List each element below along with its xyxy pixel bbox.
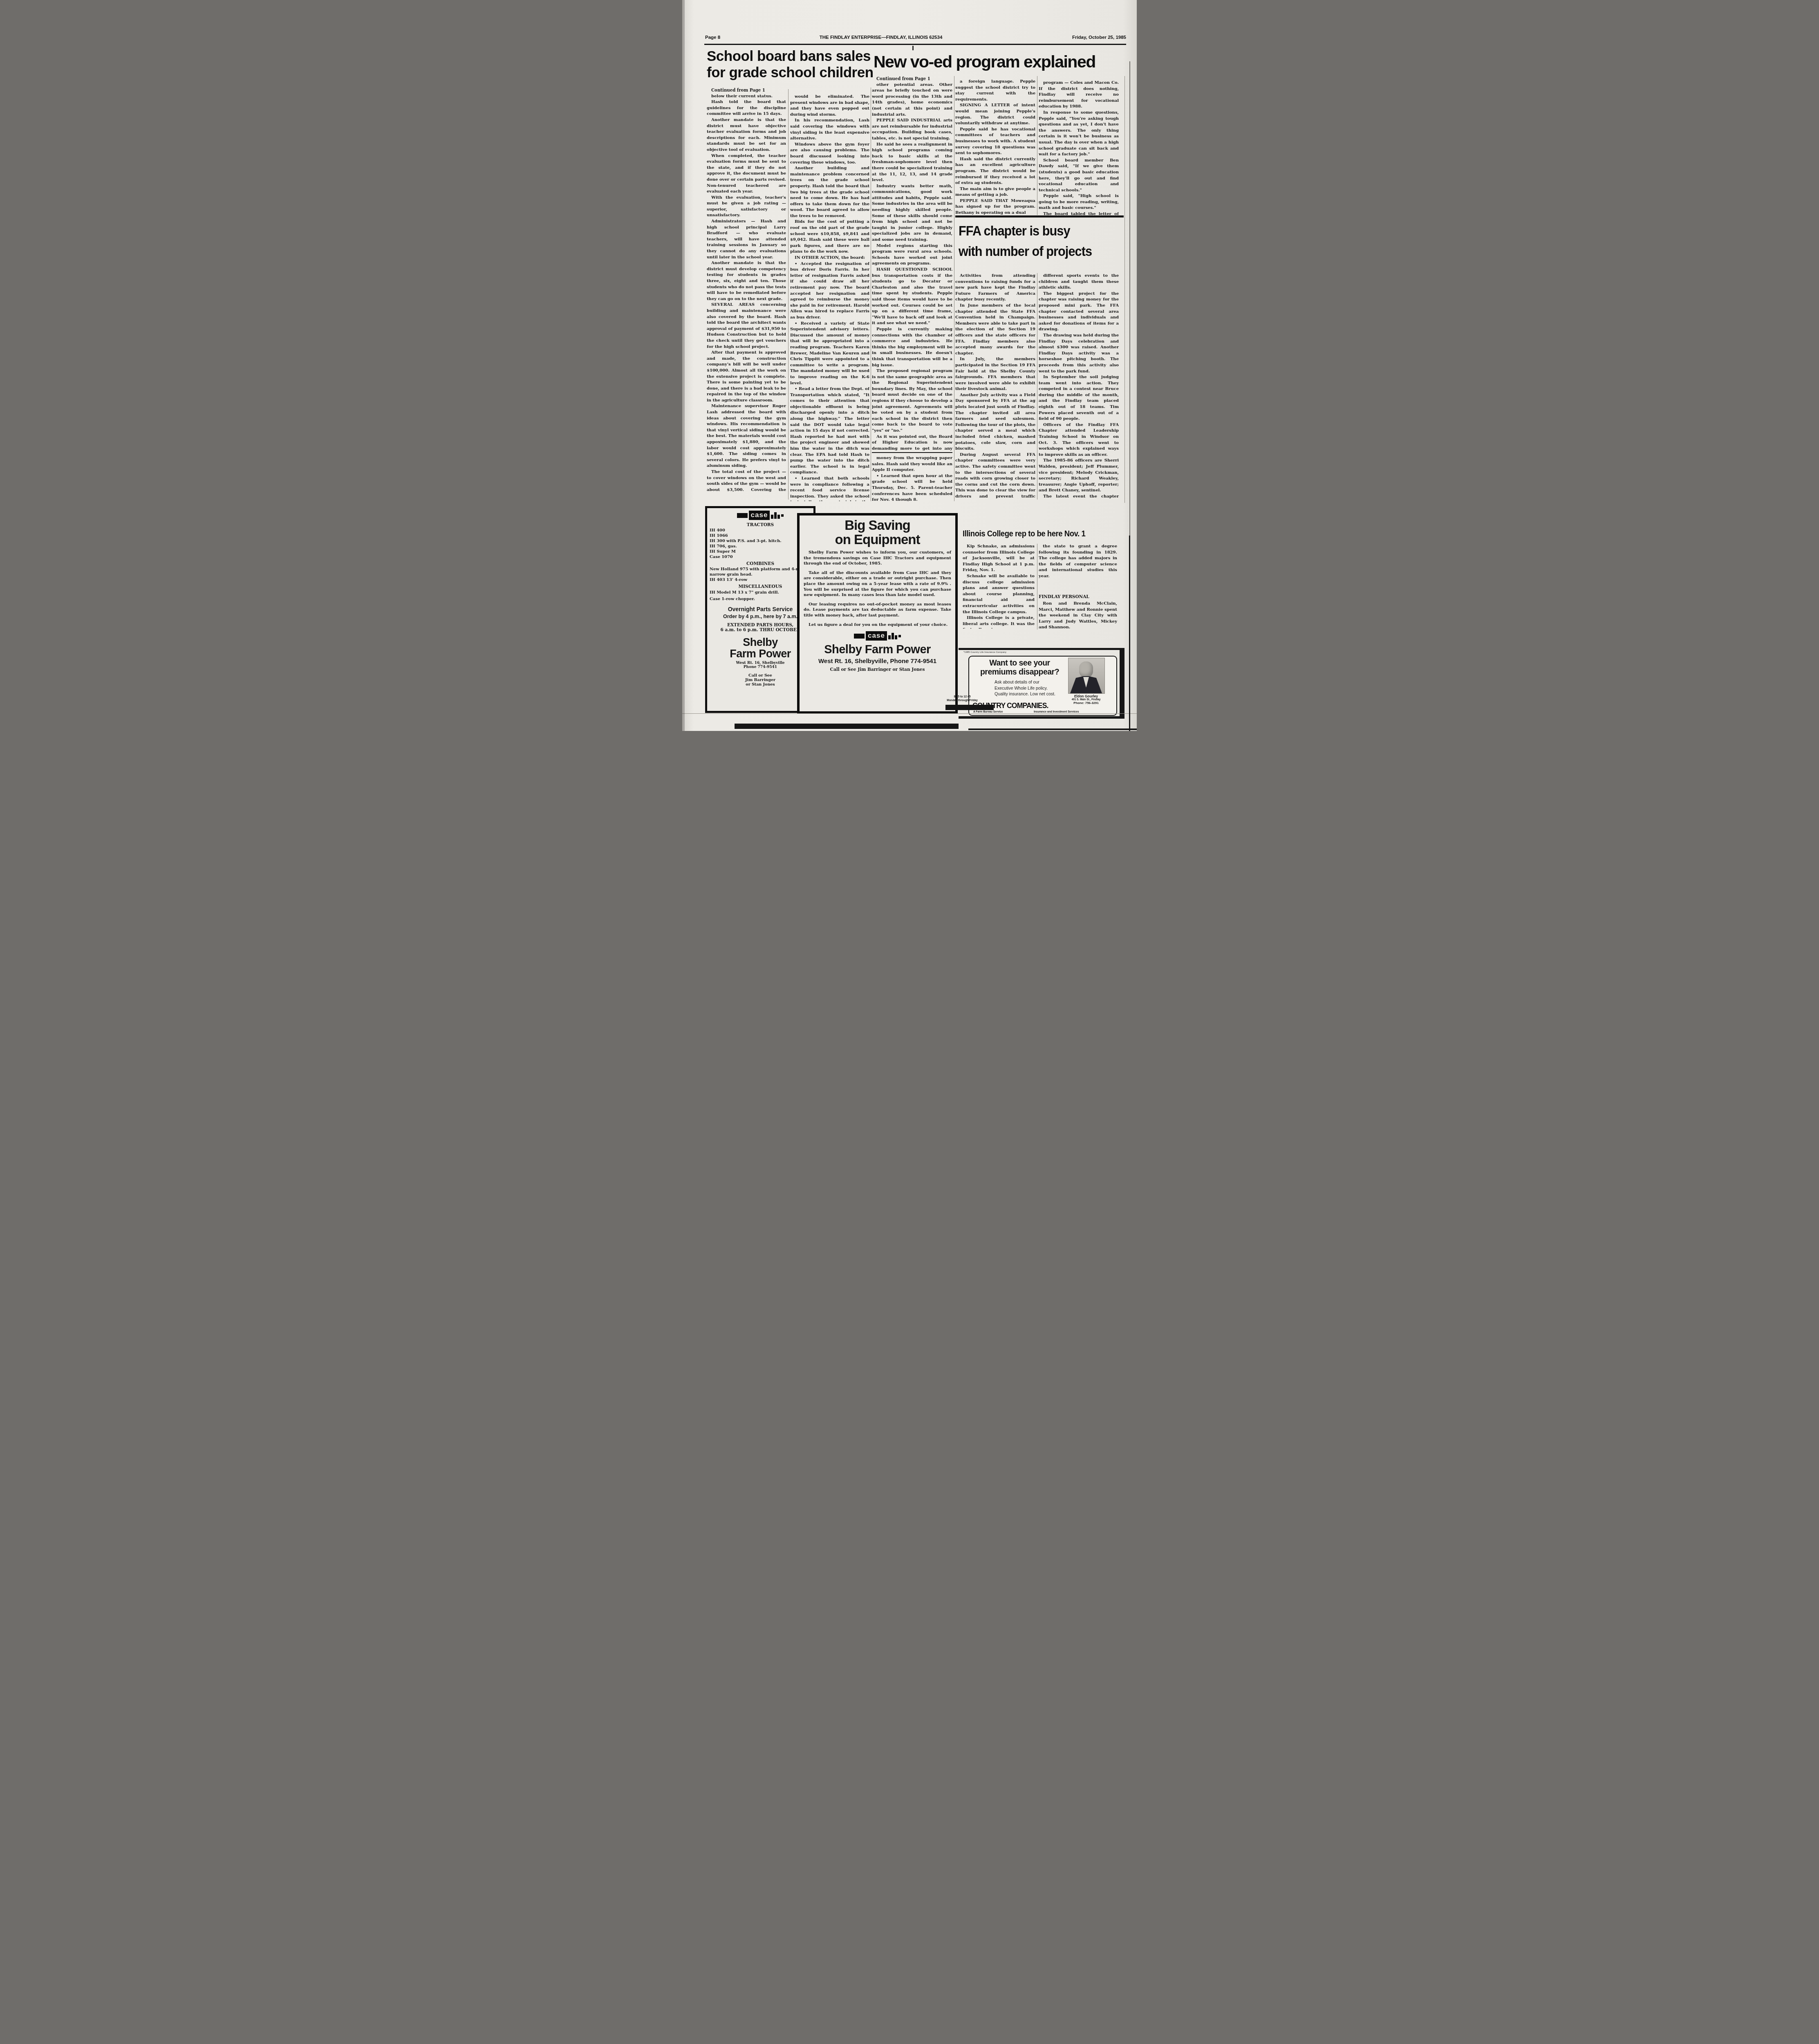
office-hours: 8:45 to 12:45 Monday through Friday	[946, 695, 978, 702]
column-rule	[954, 76, 954, 501]
paragraph: When completed, the teacher evaluation f…	[707, 153, 786, 195]
big-saving-paragraphs: Shelby Farm Power wishes to inform you, …	[804, 550, 951, 628]
extended-hours-line1: EXTENDED PARTS HOURS,	[710, 623, 811, 628]
paragraph: Model regions starting this program were…	[872, 243, 952, 267]
findlay-personal-text: Ron and Brenda McClain, Marci, Matthew a…	[1039, 601, 1117, 633]
paragraph: a foreign language. Pepple suggest the s…	[955, 79, 1035, 103]
paragraph: Our leasing requires no out-of-pocket mo…	[804, 602, 951, 619]
paragraph: PEPPLE SAID THAT Moweaqua has signed up …	[955, 198, 1035, 216]
paragraph: SIGNING A LETTER of intent would mean jo…	[955, 103, 1035, 126]
paragraph: Ron and Brenda McClain, Marci, Matthew a…	[1039, 601, 1117, 631]
paragraph: The 1985-86 officers are Sherri Walden, …	[1039, 458, 1119, 494]
column-rule	[1037, 76, 1037, 215]
contact-line3: or Stan Jones	[710, 682, 811, 687]
paragraph: IH Super M	[710, 549, 811, 554]
paragraph: • Learned that open hour at the grade sc…	[872, 473, 952, 501]
case-logo-word: case	[866, 631, 887, 641]
left-edge-scan-smudge	[682, 0, 685, 731]
hours-black-bar	[945, 705, 994, 710]
big-saving-headline-line1: Big Saving	[804, 518, 951, 532]
paragraph: money from the wrapping paper sales. Has…	[872, 455, 952, 473]
bottom-black-bar	[735, 724, 959, 729]
country-ad-headline-line2: premiums disappear?	[972, 668, 1068, 677]
paragraph: • Accepted the resignation of bus driver…	[790, 261, 869, 321]
findlay-personal-heading: FINDLAY PERSONAL	[1039, 594, 1089, 599]
ffa-col1: Activities from attending conventions to…	[955, 273, 1035, 500]
paragraph: In July, the members participated in the…	[955, 356, 1035, 392]
paragraph: IN OTHER ACTION, the board:	[790, 255, 869, 261]
paragraph: IH 400	[710, 528, 811, 533]
case-ih-logo: case	[710, 511, 811, 520]
contact-line2: Jim Barringer	[710, 678, 811, 682]
paragraph: Bids for the cost of putting a roof on t…	[790, 219, 869, 255]
school-board-headline: School board bans sales for grade school…	[707, 48, 874, 81]
paragraph: Take all of the discounts available from…	[804, 570, 951, 598]
school-board-col1-paragraphs: below their current status.Hash told the…	[707, 94, 786, 493]
portrait-head-shape	[1079, 661, 1093, 678]
paragraph: Hash said the district currently has an …	[955, 157, 1035, 186]
ffa-col1-paragraphs: Activities from attending conventions to…	[955, 273, 1035, 500]
country-ad-right-frame	[1120, 648, 1125, 719]
paragraph: Schnake will be available to discuss col…	[963, 574, 1035, 615]
paragraph: IH Model M 13 x 7" grain drill.	[710, 589, 811, 596]
country-ad-copyright: *1985 Country Life Insurance Company	[963, 651, 1006, 654]
paragraph: In response to some questions, Pepple sa…	[1039, 110, 1119, 158]
paragraph: The total cost of the project — to cover…	[707, 469, 786, 493]
country-ad-body: Ask about details of our Executive Whole…	[995, 679, 1057, 697]
paragraph: IH 300 with P.S. and 3-pt. hitch.	[710, 538, 811, 544]
story-separator-rule	[872, 452, 952, 453]
insurance-tagline: Insurance and Investment Services	[1034, 710, 1079, 713]
ffa-headline-line2: with number of projects	[959, 241, 1092, 262]
country-ad-headline-line1: Want to see your	[972, 659, 1068, 668]
paragraph: Another mandate is that the district mus…	[707, 117, 786, 153]
logo-bar-icon	[854, 634, 865, 639]
dealer-address-line1: West Rt. 16, Shelbyville	[710, 661, 811, 665]
paragraph: Maintenance supervisor Roger Lash addres…	[707, 403, 786, 469]
ffa-headline-line1: FFA chapter is busy	[959, 221, 1092, 241]
column-rule	[1037, 544, 1037, 630]
paragraph: • Received a variety of State Superinten…	[790, 321, 869, 387]
parts-service-line1: Overnight Parts Service	[710, 606, 811, 612]
paragraph: Hash told the board that guidelines for …	[707, 99, 786, 117]
paragraph: different sports events to the children …	[1039, 273, 1119, 291]
illinois-college-col2-paragraphs: the state to grant a degree following it…	[1039, 544, 1117, 580]
extended-hours-line2: 6 a.m. to 6 p.m. THRU OCTOBER	[710, 628, 811, 632]
vo-ed-col1-paragraphs: other potential areas. Other areas he br…	[872, 82, 952, 450]
case-logo-word: case	[749, 511, 770, 520]
paragraph: Pepple said, "High school is going to be…	[1039, 193, 1119, 211]
paragraph: Another mandate is that the district mus…	[707, 260, 786, 302]
combines-heading: COMBINES	[710, 561, 811, 566]
paragraph: In September the soil judging team went …	[1039, 374, 1119, 422]
paragraph: Case 1070	[710, 554, 811, 560]
paragraph: He said he sees a realignment in high sc…	[872, 142, 952, 184]
country-ad-top-frame	[959, 648, 1124, 650]
ih-mark-icon	[888, 633, 897, 639]
school-board-headline-line2: for grade school children	[707, 65, 874, 81]
school-board-col1: Continued from Page 1 below their curren…	[707, 87, 786, 493]
illinois-college-headline: Illinois College rep to be here Nov. 1	[963, 529, 1085, 539]
paragraph: SEVERAL AREAS concerning building and ma…	[707, 302, 786, 350]
paragraph: After that payment is approved and made,…	[707, 350, 786, 403]
paragraph: The board tabled the letter of intent to…	[1039, 211, 1119, 215]
vo-ed-col3: program — Coles and Macon Co. If the dis…	[1039, 80, 1119, 215]
paragraph: The drawing was held during the Findlay …	[1039, 333, 1119, 374]
paragraph: Case 1-row chopper.	[710, 596, 811, 603]
paragraph: IH 706, gas.	[710, 544, 811, 549]
paragraph: The latest event the chapter held was a …	[1039, 494, 1119, 500]
vo-ed-col1: Continued from Page 1 other potential ar…	[872, 76, 952, 450]
agent-address: 401 S. Main St., Findlay	[1064, 698, 1108, 701]
logo-dot-icon	[898, 635, 901, 637]
paragraph: Administrators — Hash and high school pr…	[707, 219, 786, 260]
parts-service-line2: Order by 4 p.m., here by 7 a.m.	[710, 614, 811, 619]
vo-ed-col2: a foreign language. Pepple suggest the s…	[955, 79, 1035, 216]
dealer-address: West Rt. 16, Shelbyville, Phone 774-9541	[804, 658, 951, 665]
header-rule	[704, 44, 1126, 45]
vo-ed-col2-paragraphs: a foreign language. Pepple suggest the s…	[955, 79, 1035, 216]
paragraph: Illinois College is a private, liberal a…	[963, 615, 1035, 629]
country-ad-bottom-frame	[959, 716, 1125, 719]
paragraph: • Read a letter from the Dept. of Transp…	[790, 386, 869, 476]
school-board-col3-paragraphs: money from the wrapping paper sales. Has…	[872, 455, 952, 501]
paragraph: the state to grant a degree following it…	[1039, 544, 1117, 580]
paragraph: New Holland 975 with platform and 4-row …	[710, 567, 811, 577]
farm-bureau-tagline: A Farm Bureau Service	[973, 710, 1003, 713]
agent-phone: Phone: 756-3291	[1064, 701, 1108, 705]
tractors-heading: TRACTORS	[710, 522, 811, 527]
ffa-headline: FFA chapter is busy with number of proje…	[959, 221, 1092, 262]
right-edge-line-lower	[1129, 536, 1130, 731]
big-saving-headline-line2: on Equipment	[804, 532, 951, 547]
office-hours-line2: Monday through Friday	[946, 699, 978, 702]
column-rule	[788, 89, 789, 500]
scan-artifact-tick	[912, 46, 914, 50]
vo-ed-col3-paragraphs: program — Coles and Macon Co. If the dis…	[1039, 80, 1119, 215]
big-saving-ad: Big Saving on Equipment Shelby Farm Powe…	[797, 513, 958, 714]
date: Friday, October 25, 1985	[1034, 35, 1126, 40]
paragraph: Shelby Farm Power wishes to inform you, …	[804, 550, 951, 567]
paragraph: IH 1066	[710, 533, 811, 538]
ffa-top-rule	[955, 215, 1124, 217]
continued-from-label: Continued from Page 1	[707, 87, 786, 94]
school-board-col3-continuation: money from the wrapping paper sales. Has…	[872, 455, 952, 501]
paragraph: Industry wants better math, communicatio…	[872, 184, 952, 243]
ih-mark-icon	[771, 512, 780, 519]
case-ih-logo: case	[804, 631, 951, 641]
paragraph: Windows above the gym foyer are also cau…	[790, 142, 869, 166]
agent-photo	[1068, 658, 1105, 694]
paragraph: Kip Schnake, an admissions counselor fro…	[963, 544, 1035, 574]
paragraph: • Learned that both schools were in comp…	[790, 476, 869, 501]
page-edge-rule	[1125, 76, 1125, 503]
paragraph: Pepple said he has vocational committees…	[955, 127, 1035, 157]
dealer-name-line1: Shelby	[710, 637, 811, 648]
paragraph: would be eliminated. The present windows…	[790, 94, 869, 118]
paragraph: During August several FFA chapter commit…	[955, 452, 1035, 500]
paragraph: Officers of the Findlay FFA Chapter atte…	[1039, 422, 1119, 458]
logo-dot-icon	[781, 514, 784, 517]
column-rule	[1037, 273, 1037, 500]
bottom-thin-rule	[682, 713, 1137, 714]
paragraph: Another July activity was a Field Day sp…	[955, 392, 1035, 452]
paragraph: PEPPLE SAID INDUSTRIAL arts are not reim…	[872, 118, 952, 141]
right-edge-line-upper	[1129, 61, 1130, 536]
newspaper-page: Page 8 THE FINDLAY ENTERPRISE—FINDLAY, I…	[682, 0, 1137, 731]
paragraph: With the evaluation, teacher's must be g…	[707, 195, 786, 219]
paragraph: Another building and maintenance problem…	[790, 166, 869, 219]
dealer-contact: Call or See Jim Barringer or Stan Jones	[804, 667, 951, 672]
paragraph: As it was pointed out, the Board of High…	[872, 434, 952, 450]
vo-ed-headline: New vo-ed program explained	[874, 52, 1095, 72]
combines-list: New Holland 975 with platform and 4-row …	[710, 567, 811, 583]
school-board-col2: would be eliminated. The present windows…	[790, 94, 869, 501]
paragraph: other potential areas. Other areas he br…	[872, 82, 952, 118]
page-number: Page 8	[705, 35, 720, 40]
paragraph: Let us figure a deal for you on the equi…	[804, 622, 951, 628]
paragraph: The biggest project for the chapter was …	[1039, 291, 1119, 333]
ffa-col2-paragraphs: different sports events to the children …	[1039, 273, 1119, 500]
paragraph: below their current status.	[707, 94, 786, 100]
logo-bar-icon	[737, 513, 748, 518]
paragraph: program — Coles and Macon Co. If the dis…	[1039, 80, 1119, 110]
paragraph: In his recommendation, Lash said coverin…	[790, 118, 869, 141]
column-rule	[871, 87, 871, 501]
agent-name: Eldon Gourley	[1064, 694, 1108, 698]
office-hours-line1: 8:45 to 12:45	[946, 695, 978, 699]
paragraph: Pepple is currently making connections w…	[872, 327, 952, 368]
tractors-list: IH 400IH 1066IH 300 with P.S. and 3-pt. …	[710, 528, 811, 560]
masthead: THE FINDLAY ENTERPRISE—FINDLAY, ILLINOIS…	[803, 35, 959, 40]
paragraph: IH 403 13' 4-row	[710, 577, 811, 583]
dealer-name-line2: Farm Power	[710, 648, 811, 659]
paragraph: The main aim is to give people a means o…	[955, 186, 1035, 198]
paragraph: School board member Ben Dawdy said, "If …	[1039, 158, 1119, 194]
school-board-headline-line1: School board bans sales	[707, 48, 874, 65]
ffa-col2: different sports events to the children …	[1039, 273, 1119, 500]
illinois-college-col1: Kip Schnake, an admissions counselor fro…	[963, 544, 1035, 629]
contact-line1: Call or See	[710, 673, 811, 678]
paragraph: The proposed regional program is not the…	[872, 368, 952, 434]
paragraph: Activities from attending conventions to…	[955, 273, 1035, 303]
continued-from-label: Continued from Page 1	[872, 76, 952, 82]
illinois-college-col1-paragraphs: Kip Schnake, an admissions counselor fro…	[963, 544, 1035, 629]
miscellaneous-heading: MISCELLANEOUS	[710, 584, 811, 589]
bottom-edge-line	[968, 728, 1137, 730]
paragraph: HASH QUESTIONED SCHOOL bus transportatio…	[872, 267, 952, 327]
illinois-college-col2: the state to grant a degree following it…	[1039, 544, 1117, 589]
agent-caption: Eldon Gourley 401 S. Main St., Findlay P…	[1064, 694, 1108, 705]
school-board-col2-paragraphs: would be eliminated. The present windows…	[790, 94, 869, 501]
paragraph: In June members of the local chapter att…	[955, 303, 1035, 356]
dealer-phone: Phone 774-9541	[710, 665, 811, 669]
dealer-name: Shelby Farm Power	[804, 643, 951, 657]
country-ad-headline: Want to see your premiums disappear?	[972, 659, 1068, 677]
miscellaneous-list: IH Model M 13 x 7" grain drill.Case 1-ro…	[710, 589, 811, 603]
